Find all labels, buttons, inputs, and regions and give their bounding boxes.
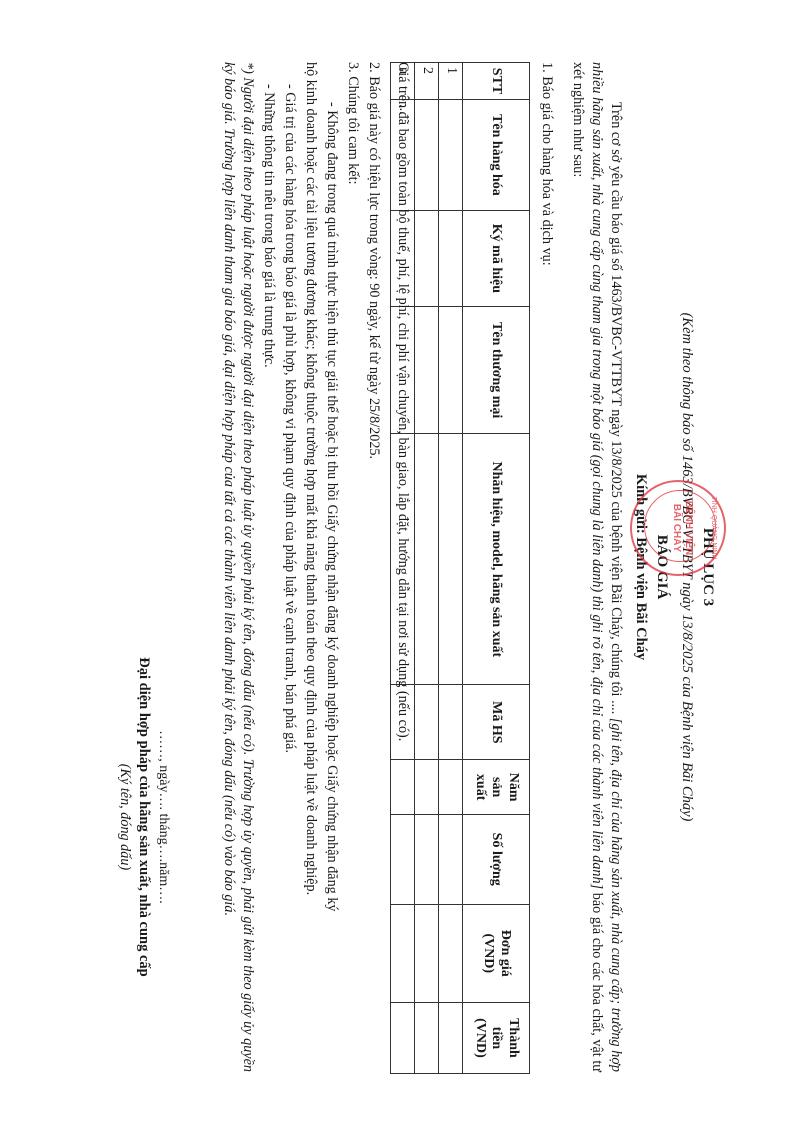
cell	[415, 814, 439, 904]
cell	[439, 210, 463, 306]
cell	[439, 760, 463, 814]
section-1-label: 1. Báo giá cho hàng hóa và dịch vụ:	[537, 62, 556, 266]
col-hs-code: Mã HS	[463, 685, 530, 760]
commitment-1-line-1: - Không đang trong quá trình thực hiện t…	[320, 62, 341, 1072]
cell	[415, 306, 439, 433]
cell-stt: 2	[415, 63, 439, 100]
col-total: Thành tiền (VND)	[463, 1002, 530, 1073]
commitment-heading: 3. Chúng tôi cam kết:	[341, 62, 362, 1072]
annex-title: PHỤ LỤC 3	[698, 62, 718, 1072]
cell	[415, 434, 439, 685]
cell	[415, 210, 439, 306]
intro-paragraph: Trên cơ sở yêu cầu báo giá số 1463/BVBC-…	[567, 62, 625, 1072]
signature-hint: (Ký tên, đóng dấu)	[114, 567, 133, 1067]
price-inclusion-note: Giá trên đã bao gồm toàn bộ thuế, phí, l…	[391, 62, 412, 1072]
cell	[415, 685, 439, 760]
document-body: PHỤ LỤC 3 (Kèm theo thông báo số 1463/BV…	[0, 62, 800, 1072]
signature-block: ……, ngày…. tháng….năm…. Đại diện hợp phá…	[114, 567, 172, 1067]
col-unit-price: Đơn giá (VND)	[463, 904, 530, 1002]
cell	[415, 100, 439, 211]
col-year: Năm sản xuất	[463, 760, 530, 814]
cell	[439, 1002, 463, 1073]
cell	[439, 685, 463, 760]
table-row: 2	[415, 63, 439, 1074]
signature-role: Đại diện hợp pháp của hãng sản xuất, nhà…	[134, 567, 154, 1067]
cell	[439, 306, 463, 433]
col-stt: STT	[463, 63, 530, 100]
col-trade-name: Tên thương mại	[463, 306, 530, 433]
cell	[415, 760, 439, 814]
commitment-1-line-2: hộ kinh doanh hoặc các tài liệu tương đư…	[299, 62, 320, 1072]
annex-subtitle: (Kèm theo thông báo số 1463/BVBC-VTTBYT …	[676, 62, 696, 1072]
cell	[415, 904, 439, 1002]
table-header-row: STT Tên hàng hóa Ký mã hiệu Tên thương m…	[463, 63, 530, 1074]
commitment-2: - Giá trị của các hàng hóa trong báo giá…	[278, 62, 299, 1072]
cell	[415, 1002, 439, 1073]
cell	[439, 904, 463, 1002]
cell-stt: 1	[439, 63, 463, 100]
rotated-page: PHỤ LỤC 3 (Kèm theo thông báo số 1463/BV…	[0, 0, 800, 1130]
table-row: 1	[439, 63, 463, 1074]
intro-text: Trên cơ sở yêu cầu báo giá số 1463/BVBC-…	[608, 102, 624, 718]
col-quantity: Số lượng	[463, 814, 530, 904]
signature-date-line: ……, ngày…. tháng….năm….	[153, 567, 172, 1067]
commitment-3: - Những thông tin nêu trong báo giá là t…	[257, 62, 278, 1072]
validity-clause: 2. Báo giá này có hiệu lực trong vòng: 9…	[362, 62, 383, 1072]
col-code: Ký mã hiệu	[463, 210, 530, 306]
greeting-line: Kính gửi: Bệnh viện Bãi Cháy	[630, 62, 650, 1072]
document-title: BÁO GIÁ	[652, 62, 672, 1072]
footnote: *) Người đại diện theo pháp luật hoặc ng…	[219, 62, 257, 1072]
col-item-name: Tên hàng hóa	[463, 100, 530, 211]
cell	[439, 100, 463, 211]
cell	[439, 814, 463, 904]
cell	[439, 434, 463, 685]
col-brand-model: Nhãn hiệu, model, hãng sản xuất	[463, 434, 530, 685]
terms-section: Giá trên đã bao gồm toàn bộ thuế, phí, l…	[219, 62, 412, 1072]
